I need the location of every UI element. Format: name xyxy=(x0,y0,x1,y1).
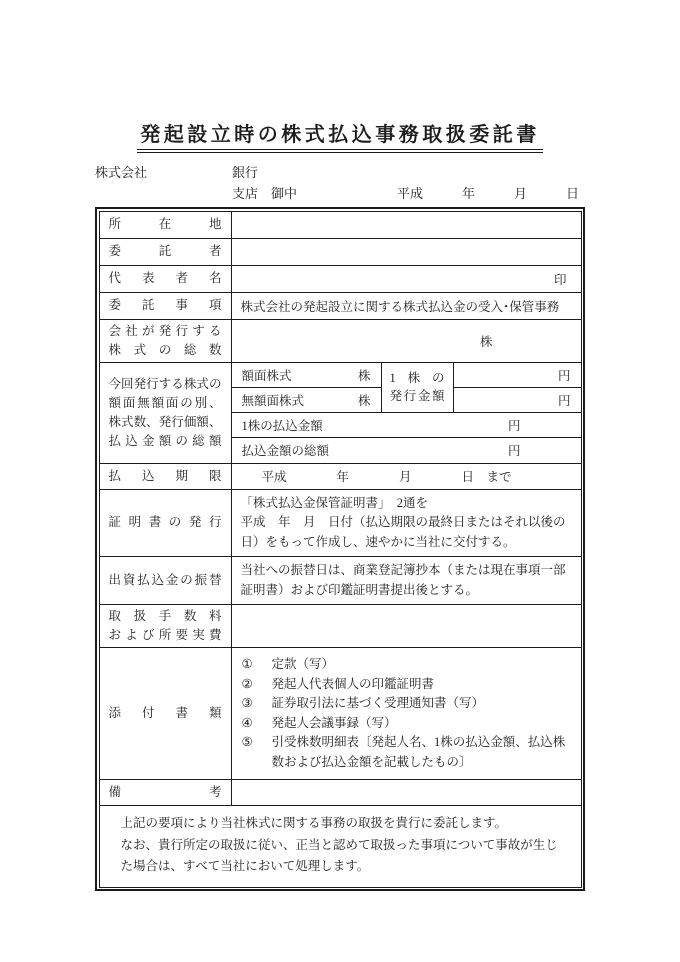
issue-price-label-line2: 発行金額 xyxy=(390,387,445,405)
row-client: 委託者 xyxy=(100,239,581,266)
attachments-label: 添付書類 xyxy=(109,704,222,723)
address-label: 所在地 xyxy=(109,215,222,234)
client-label-cell: 委託者 xyxy=(100,239,232,265)
company-suffix-label: 株式会社 xyxy=(95,162,147,183)
total-shares-label-cell: 会社が発行する 株式の総数 xyxy=(100,320,232,362)
total-paid-in-cell: 払込金額の総額 円 xyxy=(232,438,581,463)
row-address: 所在地 xyxy=(100,212,581,239)
par-shares-label: 額面株式 xyxy=(242,366,292,384)
attachments-label-cell: 添付書類 xyxy=(100,648,232,779)
attachment-text: 引受株数明細表〔発起人名、1株の払込金額、払込株数および払込金額を記載したもの〕 xyxy=(272,733,577,772)
par-issue-price-field: 円 xyxy=(454,363,581,388)
par-issue-price-unit: 円 xyxy=(558,366,571,384)
per-share-issue-price-label-cell: 1株の 発行金額 xyxy=(382,363,454,413)
deadline-label: 払込期限 xyxy=(109,467,222,486)
attachment-item: ⑤ 引受株数明細表〔発起人名、1株の払込金額、払込株数および払込金額を記載したも… xyxy=(242,733,577,772)
remarks-value-field xyxy=(232,780,581,805)
current-issue-label-cell: 今回発行する株式の 額面無額面の別、 株式数、発行価額、 払込金額の総額 xyxy=(100,363,232,463)
declaration-text: 上記の要項により当社株式に関する事務の取扱を貴行に委託します。 なお、貴行所定の… xyxy=(100,806,581,887)
date-line: 平成 年 月 日 xyxy=(397,183,579,204)
attachment-number: ② xyxy=(242,675,272,695)
no-par-shares-cell: 無額面株式 株 xyxy=(232,388,382,413)
row-declaration: 上記の要項により当社株式に関する事務の取扱を貴行に委託します。 なお、貴行所定の… xyxy=(100,806,581,887)
attachment-number: ① xyxy=(242,655,272,675)
par-shares-cell: 額面株式 株 xyxy=(232,363,382,388)
row-attachments: 添付書類 ① 定款（写） ② 発起人代表個人の印鑑証明書 ③ 証券取引法に基づく… xyxy=(100,648,581,780)
current-issue-subtable: 額面株式 株 1株の 発行金額 円 無額面株式 株 xyxy=(232,363,581,463)
declaration-line1: 上記の要項により当社株式に関する事務の取扱を貴行に委託します。 xyxy=(121,813,569,835)
per-share-paid-in-label: 1株の払込金額 xyxy=(242,416,323,434)
attachments-list: ① 定款（写） ② 発起人代表個人の印鑑証明書 ③ 証券取引法に基づく受理通知書… xyxy=(232,648,581,779)
declaration-line2: なお、貴行所定の取扱に従い、正当と認めて取扱った事項について事故が生じた場合は、… xyxy=(121,835,569,878)
attachment-number: ⑤ xyxy=(242,733,272,772)
bank-suffix-label: 銀行 xyxy=(232,162,258,183)
row-handling-fees: 取扱手数料 および所要実費 xyxy=(100,605,581,648)
client-label: 委託者 xyxy=(109,242,222,261)
transfer-value: 当社への振替日は、商業登記簿抄本（または現在事項一部証明書）および印鑑証明書提出… xyxy=(232,557,581,604)
current-issue-label-line4: 払込金額の総額 xyxy=(109,432,222,451)
total-paid-in-unit: 円 xyxy=(508,441,521,459)
certificate-label: 証明書の発行 xyxy=(109,513,222,532)
no-par-shares-label: 無額面株式 xyxy=(242,391,305,409)
remarks-label-cell: 備考 xyxy=(100,780,232,805)
attachment-number: ④ xyxy=(242,714,272,734)
total-paid-in-label: 払込金額の総額 xyxy=(242,441,330,459)
attachment-item: ③ 証券取引法に基づく受理通知書（写） xyxy=(242,694,577,714)
row-entrusted-matter: 委託事項 株式会社の発起設立に関する株式払込金の受入･保管事務 xyxy=(100,293,581,320)
current-issue-label-line3: 株式数、発行価額、 xyxy=(109,413,222,432)
no-par-shares-unit: 株 xyxy=(358,391,371,409)
transfer-label-cell: 出資払込金の振替 xyxy=(100,557,232,604)
per-share-paid-in-cell: 1株の払込金額 円 xyxy=(232,413,581,438)
row-representative: 代表者名 印 xyxy=(100,266,581,293)
form-table-frame: 所在地 委託者 代表者名 印 xyxy=(95,207,585,891)
addressee-line-1: 株式会社 銀行 xyxy=(95,162,587,183)
total-shares-label-line1: 会社が発行する xyxy=(109,322,222,341)
entrusted-matter-value: 株式会社の発起設立に関する株式払込金の受入･保管事務 xyxy=(232,293,581,319)
addressee-block: 株式会社 銀行 支店 御中 平成 年 月 日 xyxy=(95,162,587,204)
representative-label: 代表者名 xyxy=(109,269,222,288)
current-issue-label-line2: 額面無額面の別、 xyxy=(109,394,222,413)
form-table: 所在地 委託者 代表者名 印 xyxy=(99,211,582,888)
attachment-item: ④ 発起人会議事録（写） xyxy=(242,714,577,734)
certificate-line2: 平成 年 月 日付（払込期限の最終日またはそれ以後の日）をもって作成し、速やかに… xyxy=(241,513,572,552)
seal-mark: 印 xyxy=(554,270,567,288)
fees-label-cell: 取扱手数料 および所要実費 xyxy=(100,605,232,647)
no-par-issue-price-field: 円 xyxy=(454,388,581,413)
fees-value-field xyxy=(232,605,581,647)
representative-value-field: 印 xyxy=(232,266,581,292)
per-share-paid-in-unit: 円 xyxy=(508,416,521,434)
par-shares-unit: 株 xyxy=(358,366,371,384)
attachment-number: ③ xyxy=(242,694,272,714)
address-label-cell: 所在地 xyxy=(100,212,232,238)
entrusted-matter-label: 委託事項 xyxy=(109,296,222,315)
representative-label-cell: 代表者名 xyxy=(100,266,232,292)
row-current-issue: 今回発行する株式の 額面無額面の別、 株式数、発行価額、 払込金額の総額 額面株… xyxy=(100,363,581,464)
issue-price-label-line1: 1株の xyxy=(390,369,445,387)
total-shares-unit: 株 xyxy=(480,332,493,350)
remarks-label: 備考 xyxy=(109,783,222,802)
entrusted-matter-label-cell: 委託事項 xyxy=(100,293,232,319)
attachment-text: 発起人代表個人の印鑑証明書 xyxy=(272,675,577,695)
deadline-label-cell: 払込期限 xyxy=(100,464,232,489)
no-par-issue-price-unit: 円 xyxy=(558,391,571,409)
transfer-label: 出資払込金の振替 xyxy=(109,571,222,590)
fees-label-line1: 取扱手数料 xyxy=(109,607,222,626)
row-capital-transfer: 出資払込金の振替 当社への振替日は、商業登記簿抄本（または現在事項一部証明書）お… xyxy=(100,557,581,605)
attachment-item: ① 定款（写） xyxy=(242,655,577,675)
certificate-value: 「株式払込金保管証明書」 2通を 平成 年 月 日付（払込期限の最終日またはそれ… xyxy=(232,490,581,557)
attachment-item: ② 発起人代表個人の印鑑証明書 xyxy=(242,675,577,695)
deadline-value-field: 平成 年 月 日 まで xyxy=(232,464,581,489)
row-remarks: 備考 xyxy=(100,780,581,806)
total-shares-value-field: 株 xyxy=(232,320,581,362)
row-certificate-issuance: 証明書の発行 「株式払込金保管証明書」 2通を 平成 年 月 日付（払込期限の最… xyxy=(100,490,581,558)
document-page: 発起設立時の株式払込事務取扱委託書 株式会社 銀行 支店 御中 平成 年 月 日… xyxy=(0,0,680,962)
fees-label-line2: および所要実費 xyxy=(109,626,222,645)
title-block: 発起設立時の株式払込事務取扱委託書 xyxy=(0,0,680,153)
certificate-line1: 「株式払込金保管証明書」 2通を xyxy=(241,494,572,514)
page-title: 発起設立時の株式払込事務取扱委託書 xyxy=(137,118,543,153)
certificate-label-cell: 証明書の発行 xyxy=(100,490,232,557)
row-payment-deadline: 払込期限 平成 年 月 日 まで xyxy=(100,464,581,490)
total-shares-label-line2: 株式の総数 xyxy=(109,341,222,360)
attachment-text: 発起人会議事録（写） xyxy=(272,714,577,734)
addressee-line-2: 支店 御中 平成 年 月 日 xyxy=(95,183,587,204)
branch-addressee-label: 支店 御中 xyxy=(232,183,297,204)
client-value-field xyxy=(232,239,581,265)
current-issue-label-line1: 今回発行する株式の xyxy=(109,375,222,394)
address-value-field xyxy=(232,212,581,238)
attachment-text: 証券取引法に基づく受理通知書（写） xyxy=(272,694,577,714)
row-total-authorized-shares: 会社が発行する 株式の総数 株 xyxy=(100,320,581,363)
attachment-text: 定款（写） xyxy=(272,655,577,675)
